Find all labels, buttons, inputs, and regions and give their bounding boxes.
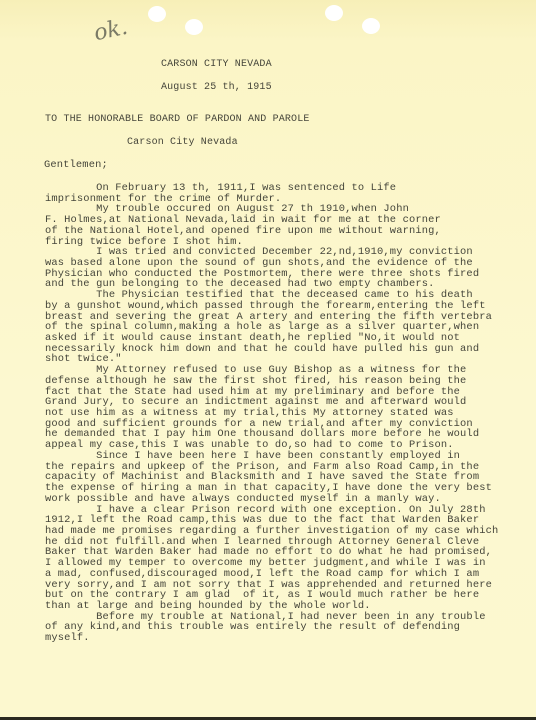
- header-date: August 25 th, 1915: [161, 82, 272, 93]
- handwritten-annotation: ok.: [92, 15, 130, 46]
- punch-hole-4: [362, 18, 380, 34]
- header-place: CARSON CITY NEVADA: [161, 59, 272, 70]
- addressee-line-1: TO THE HONORABLE BOARD OF PARDON AND PAR…: [45, 114, 310, 125]
- punch-hole-2: [185, 19, 203, 35]
- body-line: myself.: [45, 632, 90, 644]
- punch-hole-3: [325, 5, 343, 21]
- salutation: Gentlemen;: [44, 159, 108, 171]
- punch-hole-1: [148, 6, 166, 22]
- document-page: ok. CARSON CITY NEVADA August 25 th, 191…: [0, 0, 536, 720]
- addressee-line-2: Carson City Nevada: [127, 137, 238, 148]
- body-line: of any kind,and this trouble was entirel…: [45, 621, 460, 633]
